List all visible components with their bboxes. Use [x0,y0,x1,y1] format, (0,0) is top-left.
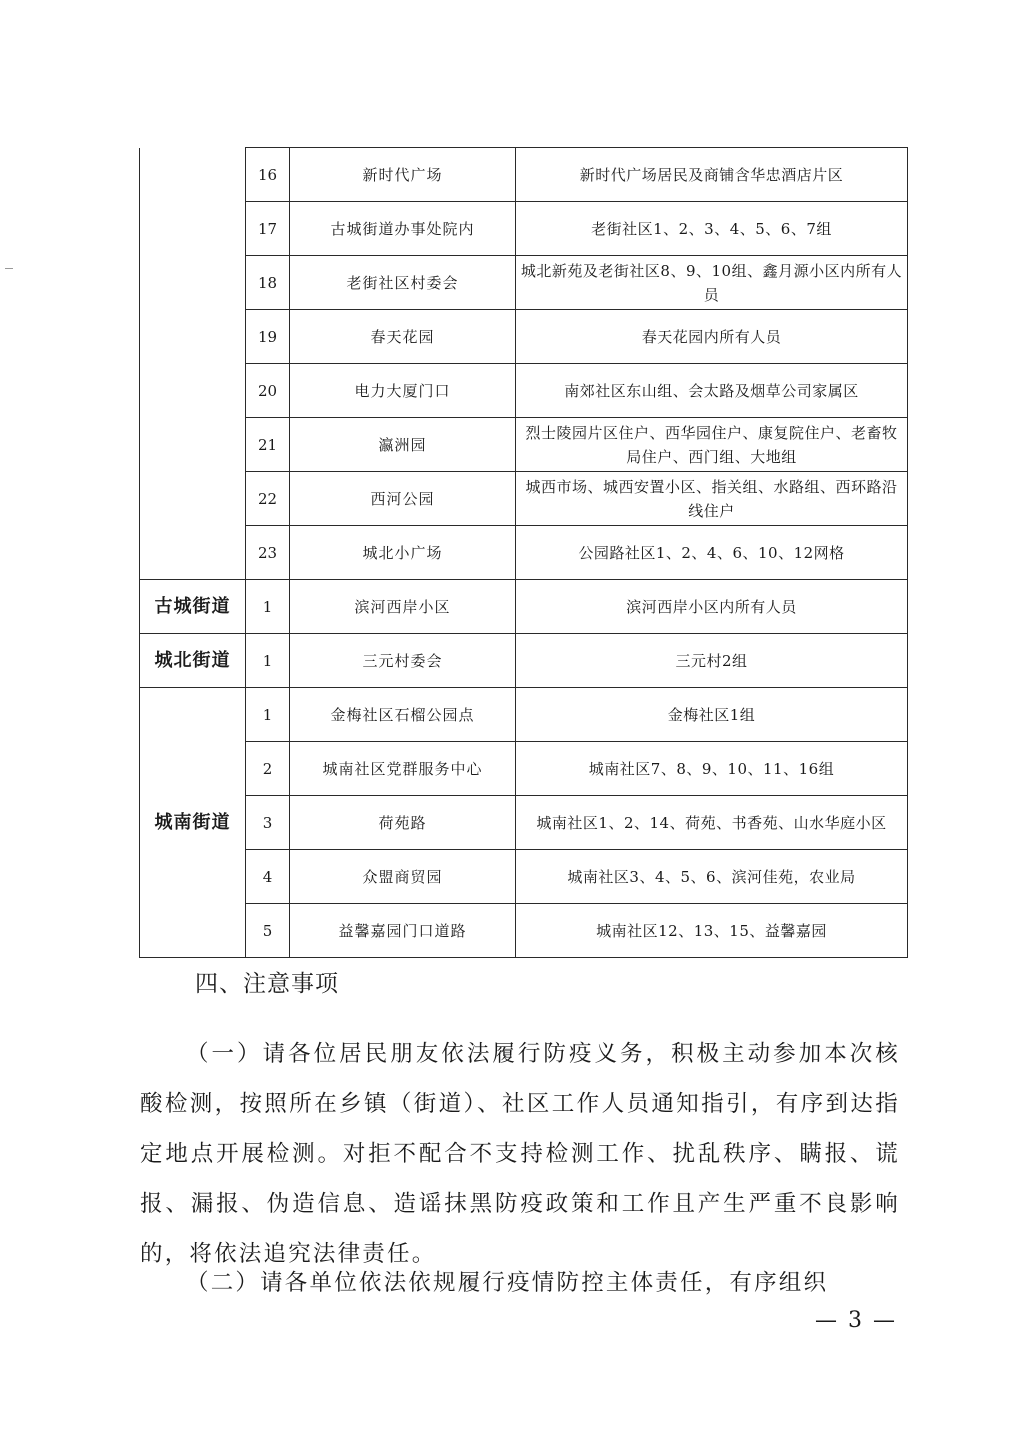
site-name: 城南社区党群服务中心 [290,742,516,796]
row-number: 17 [246,202,290,256]
site-name: 益馨嘉园门口道路 [290,904,516,958]
table-row: 16 新时代广场 新时代广场居民及商铺含华忠酒店片区 [140,148,908,202]
row-number: 5 [246,904,290,958]
margin-mark [5,268,13,269]
coverage-area: 城西市场、城西安置小区、指关组、水路组、西环路沿线住户 [516,472,908,526]
testing-sites-table: 16 新时代广场 新时代广场居民及商铺含华忠酒店片区 17 古城街道办事处院内 … [139,147,908,958]
site-name: 众盟商贸园 [290,850,516,904]
coverage-area: 金梅社区1组 [516,688,908,742]
page-number: — 3 — [815,1308,897,1333]
table-row: 19 春天花园 春天花园内所有人员 [140,310,908,364]
coverage-area: 城南社区7、8、9、10、11、16组 [516,742,908,796]
table-row: 3 荷苑路 城南社区1、2、14、荷苑、书香苑、山水华庭小区 [140,796,908,850]
table-row: 2 城南社区党群服务中心 城南社区7、8、9、10、11、16组 [140,742,908,796]
site-name: 老街社区村委会 [290,256,516,310]
row-number: 3 [246,796,290,850]
table-row: 城南街道 1 金梅社区石榴公园点 金梅社区1组 [140,688,908,742]
notice-paragraph-2: （二）请各单位依法依规履行疫情防控主体责任，有序组织 [140,1258,900,1308]
row-number: 21 [246,418,290,472]
site-name: 三元村委会 [290,634,516,688]
coverage-area: 城南社区12、13、15、益馨嘉园 [516,904,908,958]
section-heading: 四、注意事项 [195,965,339,998]
coverage-area: 滨河西岸小区内所有人员 [516,580,908,634]
table-row: 古城街道 1 滨河西岸小区 滨河西岸小区内所有人员 [140,580,908,634]
row-number: 19 [246,310,290,364]
site-name: 金梅社区石榴公园点 [290,688,516,742]
site-name: 城北小广场 [290,526,516,580]
notice-paragraph-1: （一）请各位居民朋友依法履行防疫义务，积极主动参加本次核酸检测，按照所在乡镇（街… [140,1029,900,1279]
coverage-area: 城北新苑及老街社区8、9、10组、鑫月源小区内所有人员 [516,256,908,310]
coverage-area: 公园路社区1、2、4、6、10、12网格 [516,526,908,580]
site-name: 瀛洲园 [290,418,516,472]
row-number: 1 [246,688,290,742]
coverage-area: 南郊社区东山组、会太路及烟草公司家属区 [516,364,908,418]
table-row: 22 西河公园 城西市场、城西安置小区、指关组、水路组、西环路沿线住户 [140,472,908,526]
table-row: 18 老街社区村委会 城北新苑及老街社区8、9、10组、鑫月源小区内所有人员 [140,256,908,310]
row-number: 20 [246,364,290,418]
table-row: 23 城北小广场 公园路社区1、2、4、6、10、12网格 [140,526,908,580]
coverage-area: 烈士陵园片区住户、西华园住户、康复院住户、老畜牧局住户、西门组、大地组 [516,418,908,472]
row-number: 16 [246,148,290,202]
street-cell: 城南街道 [140,688,246,958]
table-row: 5 益馨嘉园门口道路 城南社区12、13、15、益馨嘉园 [140,904,908,958]
coverage-area: 新时代广场居民及商铺含华忠酒店片区 [516,148,908,202]
coverage-area: 春天花园内所有人员 [516,310,908,364]
row-number: 2 [246,742,290,796]
row-number: 4 [246,850,290,904]
row-number: 1 [246,634,290,688]
row-number: 18 [246,256,290,310]
street-cell [140,148,246,580]
coverage-area: 老街社区1、2、3、4、5、6、7组 [516,202,908,256]
site-name: 古城街道办事处院内 [290,202,516,256]
coverage-area: 三元村2组 [516,634,908,688]
site-name: 新时代广场 [290,148,516,202]
site-name: 电力大厦门口 [290,364,516,418]
table-row: 21 瀛洲园 烈士陵园片区住户、西华园住户、康复院住户、老畜牧局住户、西门组、大… [140,418,908,472]
table-row: 17 古城街道办事处院内 老街社区1、2、3、4、5、6、7组 [140,202,908,256]
site-name: 荷苑路 [290,796,516,850]
table-row: 20 电力大厦门口 南郊社区东山组、会太路及烟草公司家属区 [140,364,908,418]
table-row: 城北街道 1 三元村委会 三元村2组 [140,634,908,688]
street-cell: 城北街道 [140,634,246,688]
row-number: 23 [246,526,290,580]
street-cell: 古城街道 [140,580,246,634]
site-name: 春天花园 [290,310,516,364]
site-name: 滨河西岸小区 [290,580,516,634]
coverage-area: 城南社区3、4、5、6、滨河佳苑，农业局 [516,850,908,904]
coverage-area: 城南社区1、2、14、荷苑、书香苑、山水华庭小区 [516,796,908,850]
site-name: 西河公园 [290,472,516,526]
row-number: 22 [246,472,290,526]
row-number: 1 [246,580,290,634]
table-row: 4 众盟商贸园 城南社区3、4、5、6、滨河佳苑，农业局 [140,850,908,904]
